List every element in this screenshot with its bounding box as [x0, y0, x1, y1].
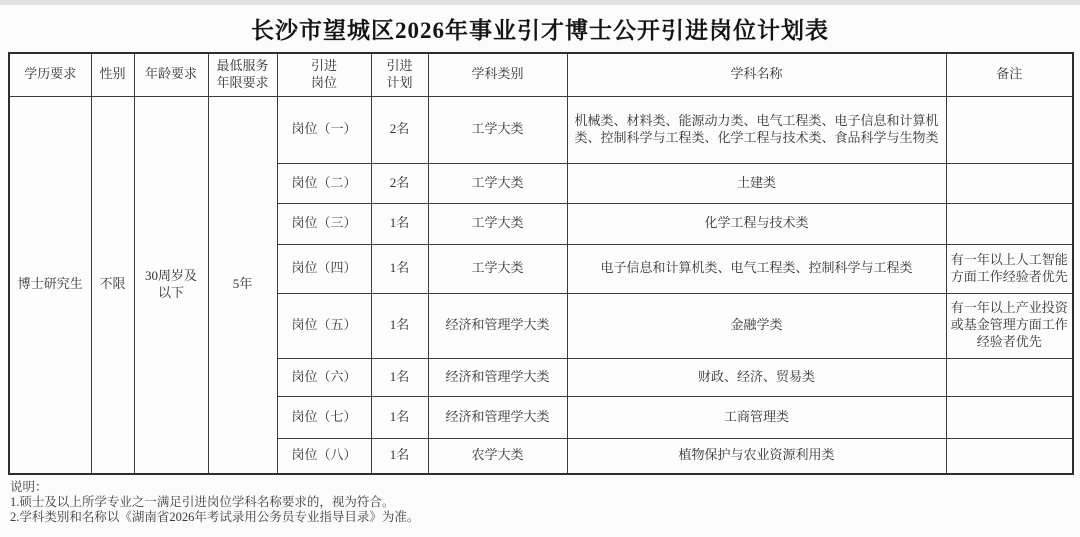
table-header-row: 学历要求 性别 年龄要求 最低服务 年限要求 引进 岗位 引进 计划 学科类别 …: [9, 53, 1073, 96]
cell-category: 经济和管理学大类: [428, 358, 567, 396]
cell-major: 财政、经济、贸易类: [567, 358, 946, 396]
cell-major: 土建类: [567, 163, 946, 203]
footnote-item-1: 1.硕士及以上所学专业之一满足引进岗位学科名称要求的，视为符合。: [10, 495, 419, 510]
page-title: 长沙市望城区2026年事业引才博士公开引进岗位计划表: [0, 12, 1080, 45]
cell-category: 经济和管理学大类: [428, 396, 567, 438]
cell-remark: [946, 438, 1073, 474]
cell-remark: [946, 203, 1073, 244]
cell-post: 岗位（二）: [277, 163, 371, 203]
cell-major: 机械类、材料类、能源动力类、电气工程类、电子信息和计算机类、控制科学与工程类、化…: [567, 96, 946, 163]
cell-post: 岗位（六）: [277, 358, 371, 396]
cell-remark: 有一年以上产业投资或基金管理方面工作经验者优先: [946, 293, 1073, 358]
cell-post: 岗位（五）: [277, 293, 371, 358]
cell-remark: 有一年以上人工智能方面工作经验者优先: [946, 244, 1073, 293]
header-category: 学科类别: [428, 53, 567, 96]
table-row: 博士研究生 不限 30周岁及 以下 5年 岗位（一） 2名 工学大类 机械类、材…: [9, 96, 1073, 163]
footnotes: 说明： 1.硕士及以上所学专业之一满足引进岗位学科名称要求的，视为符合。 2.学…: [10, 480, 419, 525]
cell-major: 化学工程与技术类: [567, 203, 946, 244]
header-age: 年龄要求: [134, 53, 208, 96]
cell-plan: 1名: [371, 358, 428, 396]
cell-gender: 不限: [91, 96, 134, 474]
cell-plan: 1名: [371, 203, 428, 244]
cell-category: 农学大类: [428, 438, 567, 474]
cell-major: 电子信息和计算机类、电气工程类、控制科学与工程类: [567, 244, 946, 293]
footnote-item-2: 2.学科类别和名称以《湖南省2026年考试录用公务员专业指导目录》为准。: [10, 510, 419, 525]
recruitment-plan-table: 学历要求 性别 年龄要求 最低服务 年限要求 引进 岗位 引进 计划 学科类别 …: [8, 52, 1074, 475]
cell-category: 经济和管理学大类: [428, 293, 567, 358]
cell-category: 工学大类: [428, 96, 567, 163]
cell-category: 工学大类: [428, 163, 567, 203]
cell-category: 工学大类: [428, 244, 567, 293]
cell-post: 岗位（七）: [277, 396, 371, 438]
header-education: 学历要求: [9, 53, 91, 96]
header-plan: 引进 计划: [371, 53, 428, 96]
cell-category: 工学大类: [428, 203, 567, 244]
cell-plan: 1名: [371, 244, 428, 293]
cell-post: 岗位（一）: [277, 96, 371, 163]
cell-remark: [946, 163, 1073, 203]
cell-remark: [946, 96, 1073, 163]
cell-post: 岗位（四）: [277, 244, 371, 293]
page-top-border: [0, 0, 1080, 5]
header-gender: 性别: [91, 53, 134, 96]
cell-min-service: 5年: [208, 96, 277, 474]
cell-education: 博士研究生: [9, 96, 91, 474]
cell-post: 岗位（八）: [277, 438, 371, 474]
cell-remark: [946, 396, 1073, 438]
cell-major: 金融学类: [567, 293, 946, 358]
cell-plan: 1名: [371, 396, 428, 438]
header-min-service: 最低服务 年限要求: [208, 53, 277, 96]
cell-plan: 2名: [371, 96, 428, 163]
cell-post: 岗位（三）: [277, 203, 371, 244]
cell-major: 工商管理类: [567, 396, 946, 438]
header-remark: 备注: [946, 53, 1073, 96]
cell-age: 30周岁及 以下: [134, 96, 208, 474]
cell-plan: 1名: [371, 438, 428, 474]
cell-plan: 1名: [371, 293, 428, 358]
cell-plan: 2名: [371, 163, 428, 203]
cell-major: 植物保护与农业资源利用类: [567, 438, 946, 474]
cell-remark: [946, 358, 1073, 396]
header-post: 引进 岗位: [277, 53, 371, 96]
footnote-label: 说明：: [10, 480, 419, 495]
header-major: 学科名称: [567, 53, 946, 96]
